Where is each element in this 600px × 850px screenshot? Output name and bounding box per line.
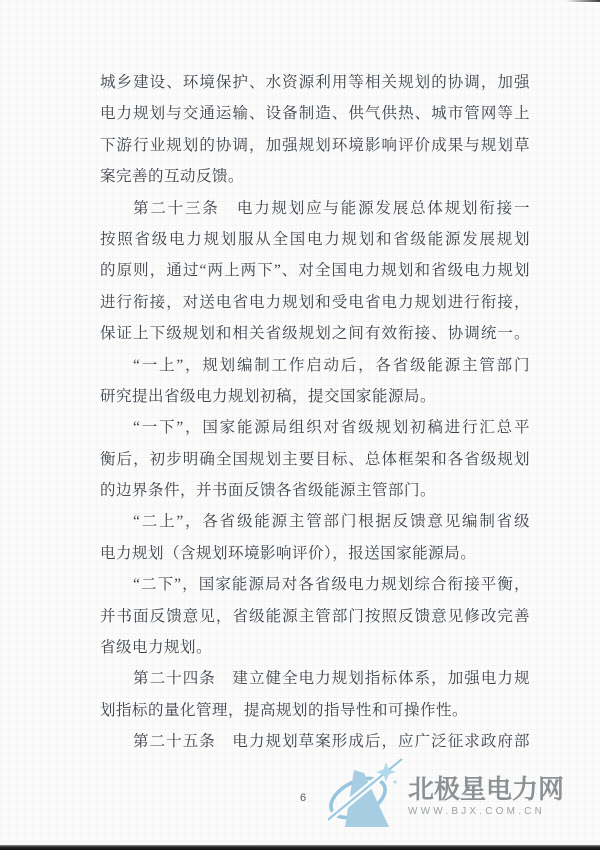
text-line: 划指标的量化管理，提高规划的指导性和可操作性。: [100, 695, 530, 726]
paragraph-yi-shang: “一上”，规划编制工作启动后，各省级能源主管部门 研究提出省级电力规划初稿，提交…: [100, 350, 530, 413]
watermark-text: 北极星电力网 WWW.BJX.COM.CN: [408, 775, 564, 817]
page-number: 6: [300, 792, 306, 804]
text-line: 城乡建设、环境保护、水资源利用等相关规划的协调，加强: [100, 67, 530, 98]
text-line: “一下”，国家能源局组织对省级规划初稿进行汇总平: [100, 412, 530, 443]
paragraph: 城乡建设、环境保护、水资源利用等相关规划的协调，加强 电力规划与交通运输、设备制…: [100, 67, 530, 193]
text-line: 省级电力规划。: [100, 632, 530, 663]
text-line: 按照省级电力规划服从全国电力规划和省级能源发展规划: [100, 224, 530, 255]
text-line: 第二十四条 建立健全电力规划指标体系，加强电力规: [100, 663, 530, 694]
text-line: 下游行业规划的协调，加强规划环境影响评价成果与规划草: [100, 130, 530, 161]
polestar-lighthouse-icon: [328, 757, 406, 842]
scan-edge-artifact-bottom: [0, 845, 600, 850]
paragraph-er-xia: “二下”，国家能源局对各省级电力规划综合衔接平衡， 并书面反馈意见，省级能源主管…: [100, 569, 530, 663]
paragraph-article-24: 第二十四条 建立健全电力规划指标体系，加强电力规 划指标的量化管理，提高规划的指…: [100, 663, 530, 726]
watermark-logo: 北极星电力网 WWW.BJX.COM.CN: [328, 755, 578, 837]
text-line: 保证上下级规划和相关省级规划之间有效衔接、协调统一。: [100, 318, 530, 349]
text-line: 第二十三条 电力规划应与能源发展总体规划衔接一致，: [100, 193, 530, 224]
text-line: 研究提出省级电力规划初稿，提交国家能源局。: [100, 381, 530, 412]
text-line: “一上”，规划编制工作启动后，各省级能源主管部门: [100, 350, 530, 381]
paragraph-article-23: 第二十三条 电力规划应与能源发展总体规划衔接一致， 按照省级电力规划服从全国电力…: [100, 193, 530, 350]
paragraph-article-25: 第二十五条 电力规划草案形成后，应广泛征求政府部: [100, 726, 530, 757]
text-line: 案完善的互动反馈。: [100, 161, 530, 192]
text-line: 并书面反馈意见，省级能源主管部门按照反馈意见修改完善: [100, 601, 530, 632]
text-line: “二上”，各省级能源主管部门根据反馈意见编制省级: [100, 506, 530, 537]
scanned-document-page: 城乡建设、环境保护、水资源利用等相关规划的协调，加强 电力规划与交通运输、设备制…: [0, 0, 600, 850]
text-line: 衡后，初步明确全国规划主要目标、总体框架和各省级规划: [100, 444, 530, 475]
text-line: 第二十五条 电力规划草案形成后，应广泛征求政府部: [100, 726, 530, 757]
document-body: 城乡建设、环境保护、水资源利用等相关规划的协调，加强 电力规划与交通运输、设备制…: [100, 67, 530, 758]
scan-edge-artifact-top: [566, 0, 600, 2]
text-line: 的边界条件，并书面反馈各省级能源主管部门。: [100, 475, 530, 506]
paragraph-er-shang: “二上”，各省级能源主管部门根据反馈意见编制省级 电力规划（含规划环境影响评价）…: [100, 506, 530, 569]
text-line: 的原则，通过“两上两下”、对全国电力规划和省级电力规划: [100, 255, 530, 286]
paragraph-yi-xia: “一下”，国家能源局组织对省级规划初稿进行汇总平 衡后，初步明确全国规划主要目标…: [100, 412, 530, 506]
text-line: “二下”，国家能源局对各省级电力规划综合衔接平衡，: [100, 569, 530, 600]
text-line: 进行衔接，对送电省电力规划和受电省电力规划进行衔接，: [100, 287, 530, 318]
text-line: 电力规划与交通运输、设备制造、供气供热、城市管网等上: [100, 98, 530, 129]
watermark-url: WWW.BJX.COM.CN: [408, 806, 564, 817]
watermark-title: 北极星电力网: [408, 775, 564, 803]
text-line: 电力规划（含规划环境影响评价），报送国家能源局。: [100, 538, 530, 569]
